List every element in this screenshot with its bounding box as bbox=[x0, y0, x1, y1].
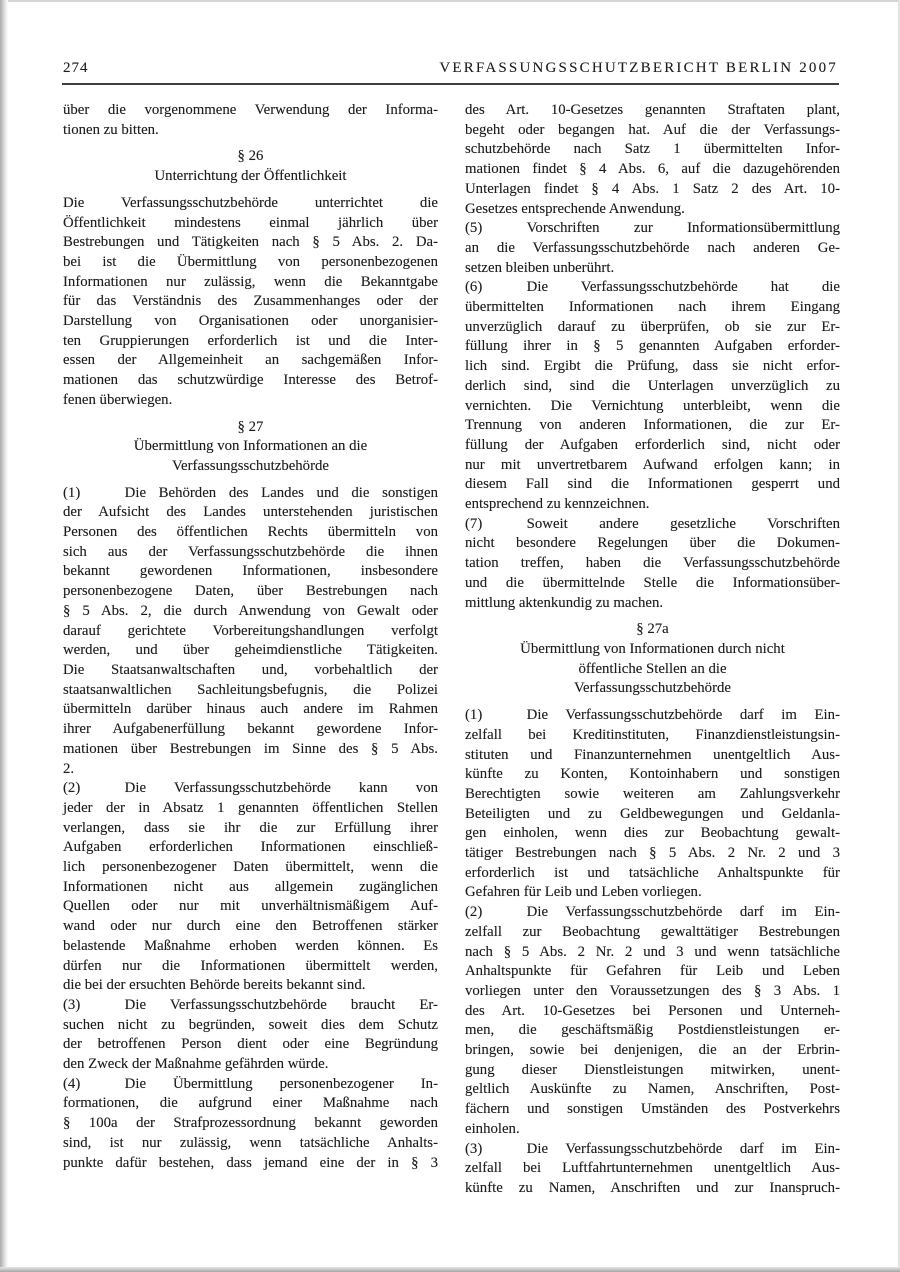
text-line: personenbezogene Daten, über Bestrebunge… bbox=[63, 582, 438, 602]
text-line: staatsanwaltlichen Sachleitungsbefugnis,… bbox=[63, 681, 438, 701]
text-line: Personen des öffentlichen Rechts übermit… bbox=[63, 523, 438, 543]
text-line: geltlich Auskünfte zu Namen, Anschriften… bbox=[465, 1080, 840, 1100]
text-line: den Zweck der Maßnahme gefährden würde. bbox=[63, 1055, 438, 1075]
paragraph: (4) Die Übermittlung personenbezogener I… bbox=[63, 1075, 438, 1174]
text-line: § 100a der Strafprozessordnung bekannt g… bbox=[63, 1114, 438, 1134]
text-line: mationen das schutzwürdige Interesse des… bbox=[63, 371, 438, 391]
header-title: VERFASSUNGSSCHUTZBERICHT BERLIN 2007 bbox=[439, 60, 838, 77]
text-line: erforderlich ist und tatsächliche Anhalt… bbox=[465, 864, 840, 884]
text-line: sind, ist nur zulässig, wenn tatsächlich… bbox=[63, 1134, 438, 1154]
text-line: (1) Die Behörden des Landes und die sons… bbox=[63, 484, 438, 504]
text-line: nicht besondere Regelungen über die Doku… bbox=[465, 534, 840, 554]
paragraph: (7) Soweit andere gesetzliche Vorschrift… bbox=[465, 515, 840, 614]
text-line: (5) Vorschriften zur Informationsübermit… bbox=[465, 219, 840, 239]
text-line: tionen zu bitten. bbox=[63, 121, 438, 141]
text-line: (7) Soweit andere gesetzliche Vorschrift… bbox=[465, 515, 840, 535]
text-line: tation treffen, haben die Verfassungssch… bbox=[465, 554, 840, 574]
text-line: unverzüglich darauf zu überprüfen, ob si… bbox=[465, 318, 840, 338]
text-line: Gesetzes entsprechende Anwendung. bbox=[465, 200, 840, 220]
text-line: Die Staatsanwaltschaften und, vorbehaltl… bbox=[63, 661, 438, 681]
heading-line: § 26 bbox=[63, 147, 438, 167]
text-line: künfte zu Konten, Kontoinhabern und sons… bbox=[465, 765, 840, 785]
text-line: Aufgaben erforderlichen Informationen ei… bbox=[63, 838, 438, 858]
text-line: bekannt gewordenen Informationen, insbes… bbox=[63, 562, 438, 582]
text-line: Informationen nur zulässig, wenn die Bek… bbox=[63, 273, 438, 293]
text-line: der Aufsicht des Landes unterstehenden j… bbox=[63, 503, 438, 523]
text-line: Beteiligten und zu Geldbewegungen und Ge… bbox=[465, 805, 840, 825]
text-line: tätiger Bestrebungen nach § 5 Abs. 2 Nr.… bbox=[465, 844, 840, 864]
text-line: Quellen oder nur mit unverhältnismäßigem… bbox=[63, 897, 438, 917]
text-line: füllung der Aufgaben erforderlich sind, … bbox=[465, 436, 840, 456]
text-line: jeder der in Absatz 1 genannten öffentli… bbox=[63, 799, 438, 819]
text-line: mationen über Bestrebungen im Sinne des … bbox=[63, 740, 438, 760]
text-line: fächern und sonstigen Umständen des Post… bbox=[465, 1100, 840, 1120]
text-line: (2) Die Verfassungsschutzbehörde darf im… bbox=[465, 903, 840, 923]
heading-line: § 27 bbox=[63, 418, 438, 438]
text-line: wand oder nur durch eine den Betroffenen… bbox=[63, 917, 438, 937]
text-line: Die Verfassungsschutzbehörde unterrichte… bbox=[63, 194, 438, 214]
text-line: stituten und Finanzunternehmen unentgelt… bbox=[465, 746, 840, 766]
paragraph: (1) Die Behörden des Landes und die sons… bbox=[63, 484, 438, 780]
text-line: Darstellung von Organisationen oder unor… bbox=[63, 312, 438, 332]
text-line: Gefahren für Leib und Leben vorliegen. bbox=[465, 883, 840, 903]
text-line: werden, und über geheimdienstliche Tätig… bbox=[63, 641, 438, 661]
text-line: gen einholen, wenn dies zur Beobachtung … bbox=[465, 824, 840, 844]
text-line: lich personenbezogener Daten übermittelt… bbox=[63, 858, 438, 878]
text-line: über die vorgenommene Verwendung der Inf… bbox=[63, 101, 438, 121]
text-line: vernichten. Die Vernichtung unterbleibt,… bbox=[465, 397, 840, 417]
text-line: zelfall zur Beobachtung gewalttätiger Be… bbox=[465, 923, 840, 943]
text-line: sich aus der Verfassungsschutzbehörde di… bbox=[63, 543, 438, 563]
text-line: Berechtigten sowie weiteren am Zahlungsv… bbox=[465, 785, 840, 805]
text-line: füllung ihrer in § 5 genannten Aufgaben … bbox=[465, 337, 840, 357]
paragraph: (5) Vorschriften zur Informationsübermit… bbox=[465, 219, 840, 278]
text-line: formationen, die aufgrund einer Maßnahme… bbox=[63, 1094, 438, 1114]
paragraph: (2) Die Verfassungsschutzbehörde kann vo… bbox=[63, 779, 438, 996]
heading-line: Verfassungsschutzbehörde bbox=[465, 679, 840, 699]
text-line: Unterlagen findet § 4 Abs. 1 Satz 2 des … bbox=[465, 180, 840, 200]
text-line: belastende Maßnahme erhoben werden könne… bbox=[63, 937, 438, 957]
text-line: (3) Die Verfassungsschutzbehörde darf im… bbox=[465, 1140, 840, 1160]
text-line: dürfen nur die Informationen übermittelt… bbox=[63, 957, 438, 977]
text-line: der betroffenen Person dient oder eine B… bbox=[63, 1035, 438, 1055]
text-line: mittlung aktenkundig zu machen. bbox=[465, 594, 840, 614]
heading-line: Verfassungsschutzbehörde bbox=[63, 457, 438, 477]
heading-line: Übermittlung von Informationen an die bbox=[63, 437, 438, 457]
section-heading: § 27Übermittlung von Informationen an di… bbox=[63, 418, 438, 477]
text-line: verlangen, dass sie ihr die zur Erfüllun… bbox=[63, 819, 438, 839]
text-line: nur mit unvertretbarem Aufwand erfolgen … bbox=[465, 456, 840, 476]
header-rule bbox=[62, 83, 839, 85]
text-line: Informationen nicht aus allgemein zugäng… bbox=[63, 878, 438, 898]
text-line: vorliegen unter den Voraussetzungen des … bbox=[465, 982, 840, 1002]
text-line: men, die geschäftsmäßig Postdienstleistu… bbox=[465, 1021, 840, 1041]
text-line: Trennung von anderen Informationen, die … bbox=[465, 416, 840, 436]
paragraph: (2) Die Verfassungsschutzbehörde darf im… bbox=[465, 903, 840, 1139]
text-line: diesem Fall sind die Informationen gespe… bbox=[465, 475, 840, 495]
text-line: schutzbehörde nach Satz 1 übermittelten … bbox=[465, 140, 840, 160]
text-line: setzen bleiben unberührt. bbox=[465, 259, 840, 279]
paragraph: Die Verfassungsschutzbehörde unterrichte… bbox=[63, 194, 438, 411]
text-line: lich sind. Ergibt die Prüfung, dass sie … bbox=[465, 357, 840, 377]
text-line: an die Verfassungsschutzbehörde nach and… bbox=[465, 239, 840, 259]
text-line: punkte dafür bestehen, dass jemand eine … bbox=[63, 1154, 438, 1174]
text-line: zelfall bei Luftfahrtunternehmen unentge… bbox=[465, 1159, 840, 1179]
text-line: einholen. bbox=[465, 1120, 840, 1140]
text-line: künfte zu Namen, Anschriften und zur Ina… bbox=[465, 1179, 840, 1199]
paragraph: über die vorgenommene Verwendung der Inf… bbox=[63, 101, 438, 140]
text-line: § 5 Abs. 2, die durch Anwendung von Gewa… bbox=[63, 602, 438, 622]
text-line: essen der Allgemeinheit an sachgemäßen I… bbox=[63, 351, 438, 371]
text-line: gung dieser Dienstleistungen mitwirken, … bbox=[465, 1061, 840, 1081]
scan-edge-top bbox=[0, 0, 900, 2]
section-heading: § 27aÜbermittlung von Informationen durc… bbox=[465, 620, 840, 699]
text-line: die bei der ersuchten Behörde bereits be… bbox=[63, 976, 438, 996]
paragraph: (6) Die Verfassungsschutzbehörde hat die… bbox=[465, 278, 840, 514]
text-line: suchen nicht zu begründen, soweit dies d… bbox=[63, 1016, 438, 1036]
heading-line: öffentliche Stellen an die bbox=[465, 660, 840, 680]
text-line: mationen findet § 4 Abs. 6, auf die dazu… bbox=[465, 160, 840, 180]
text-line: Anhaltspunkte für Gefahren für Leib und … bbox=[465, 962, 840, 982]
paragraph: (3) Die Verfassungsschutzbehörde braucht… bbox=[63, 996, 438, 1075]
text-line: darauf gerichtete Vorbereitungshandlunge… bbox=[63, 622, 438, 642]
page-number: 274 bbox=[63, 60, 89, 77]
text-columns: über die vorgenommene Verwendung der Inf… bbox=[63, 101, 840, 1199]
text-line: bringen, sowie bei denjenigen, die an de… bbox=[465, 1041, 840, 1061]
text-line: (1) Die Verfassungsschutzbehörde darf im… bbox=[465, 706, 840, 726]
text-line: ihrer Aufgabenerfüllung bekannt geworden… bbox=[63, 720, 438, 740]
heading-line: § 27a bbox=[465, 620, 840, 640]
text-line: (2) Die Verfassungsschutzbehörde kann vo… bbox=[63, 779, 438, 799]
text-line: begeht oder begangen hat. Auf die der Ve… bbox=[465, 121, 840, 141]
text-line: nach § 5 Abs. 2 Nr. 2 und 3 und wenn tat… bbox=[465, 943, 840, 963]
text-line: und die übermittelnde Stelle die Informa… bbox=[465, 574, 840, 594]
text-line: bei ist die Übermittlung von personenbez… bbox=[63, 253, 438, 273]
scan-edge-left bbox=[0, 0, 8, 1272]
heading-line: Unterrichtung der Öffentlichkeit bbox=[63, 167, 438, 187]
text-line: übermitteln darüber hinaus auch andere i… bbox=[63, 700, 438, 720]
text-line: fenen überwiegen. bbox=[63, 391, 438, 411]
paragraph: (1) Die Verfassungsschutzbehörde darf im… bbox=[465, 706, 840, 903]
text-line: des Art. 10-Gesetzes bei Personen und Un… bbox=[465, 1002, 840, 1022]
text-line: zelfall bei Kreditinstituten, Finanzdien… bbox=[465, 726, 840, 746]
text-line: Öffentlichkeit mindestens einmal jährlic… bbox=[63, 214, 438, 234]
text-line: (6) Die Verfassungsschutzbehörde hat die bbox=[465, 278, 840, 298]
running-header: 274 VERFASSUNGSSCHUTZBERICHT BERLIN 2007 bbox=[63, 60, 838, 77]
left-column: über die vorgenommene Verwendung der Inf… bbox=[63, 101, 438, 1199]
text-line: Bestrebungen und Tätigkeiten nach § 5 Ab… bbox=[63, 233, 438, 253]
text-line: (4) Die Übermittlung personenbezogener I… bbox=[63, 1075, 438, 1095]
text-line: (3) Die Verfassungsschutzbehörde braucht… bbox=[63, 996, 438, 1016]
text-line: derlich sind, sind die Unterlagen unverz… bbox=[465, 377, 840, 397]
text-line: des Art. 10-Gesetzes genannten Straftate… bbox=[465, 101, 840, 121]
text-line: 2. bbox=[63, 760, 438, 780]
text-line: für das Verständnis des Zusammenhanges o… bbox=[63, 292, 438, 312]
paragraph: des Art. 10-Gesetzes genannten Straftate… bbox=[465, 101, 840, 219]
section-heading: § 26Unterrichtung der Öffentlichkeit bbox=[63, 147, 438, 186]
text-line: übermittelten Informationen nach ihrem E… bbox=[465, 298, 840, 318]
right-column: des Art. 10-Gesetzes genannten Straftate… bbox=[465, 101, 840, 1199]
document-page: 274 VERFASSUNGSSCHUTZBERICHT BERLIN 2007… bbox=[0, 0, 900, 1272]
text-line: ten Gruppierungen erforderlich ist und d… bbox=[63, 332, 438, 352]
text-line: entsprechend zu kennzeichnen. bbox=[465, 495, 840, 515]
scan-edge-bottom bbox=[0, 1267, 900, 1272]
paragraph: (3) Die Verfassungsschutzbehörde darf im… bbox=[465, 1140, 840, 1199]
heading-line: Übermittlung von Informationen durch nic… bbox=[465, 640, 840, 660]
